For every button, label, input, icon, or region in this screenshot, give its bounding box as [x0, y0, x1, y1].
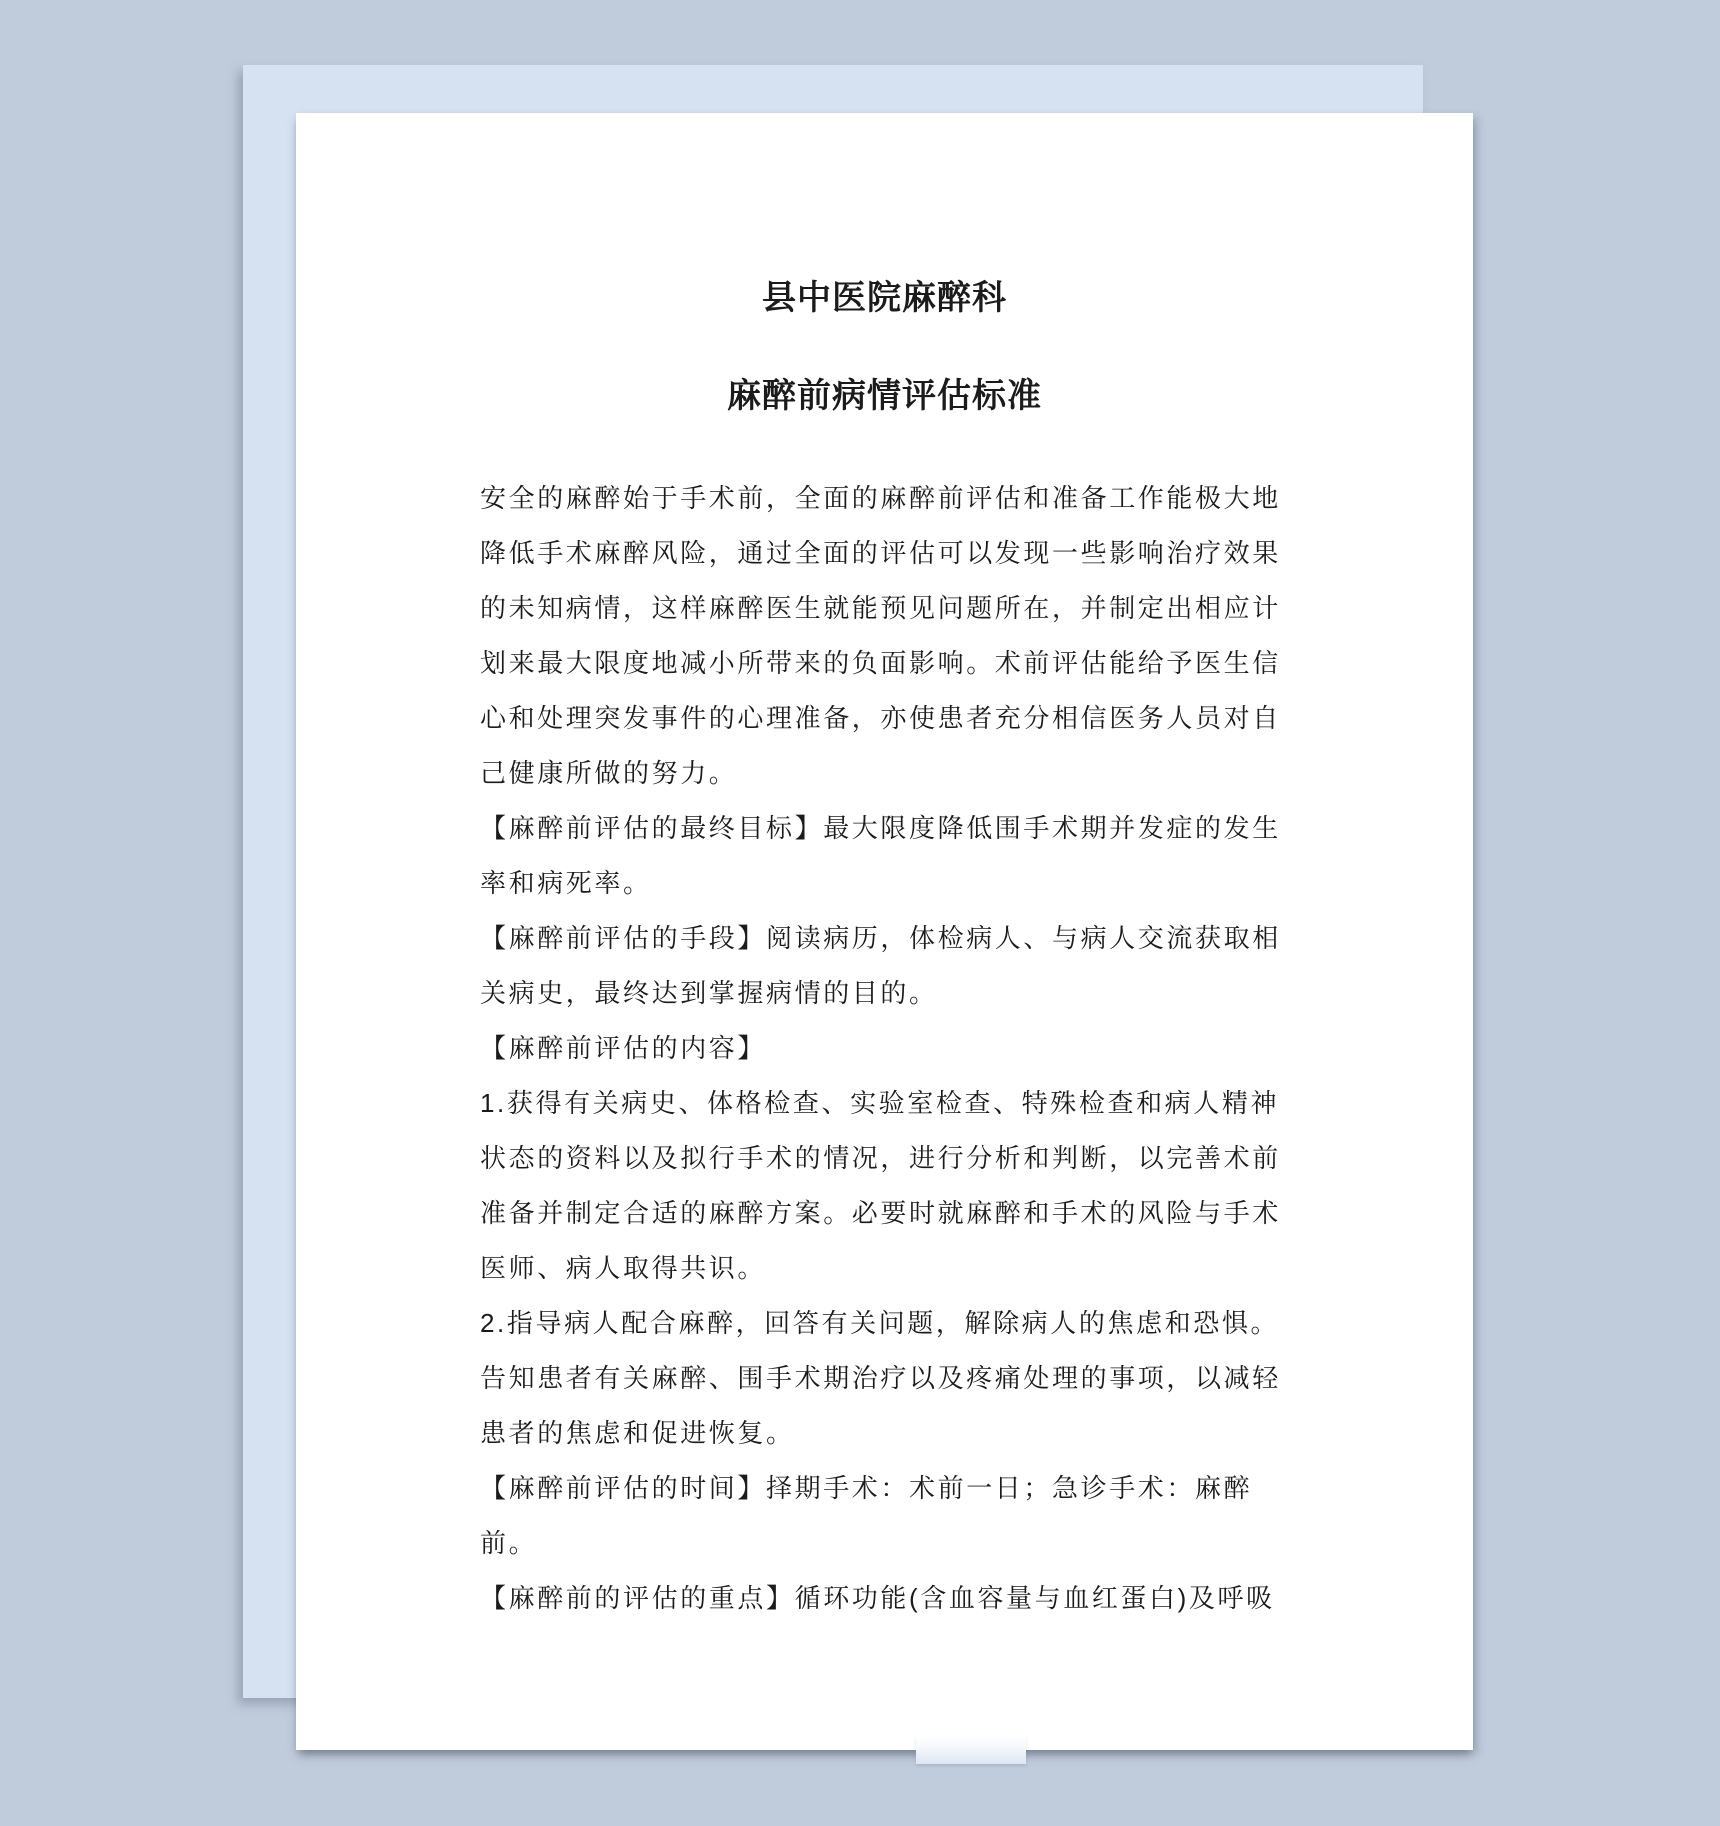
document-title: 县中医院麻醉科: [296, 279, 1473, 317]
document-body-text: 安全的麻醉始于手术前，全面的麻醉前评估和准备工作能极大地 降低手术麻醉风险，通过…: [480, 471, 1300, 1626]
document-page: 县中医院麻醉科 麻醉前病情评估标准 安全的麻醉始于手术前，全面的麻醉前评估和准备…: [296, 113, 1473, 1750]
page-bottom-edge-tab: [916, 1736, 1026, 1764]
desktop-background: 县中医院麻醉科 麻醉前病情评估标准 安全的麻醉始于手术前，全面的麻醉前评估和准备…: [0, 0, 1720, 1826]
document-subtitle: 麻醉前病情评估标准: [296, 377, 1473, 415]
